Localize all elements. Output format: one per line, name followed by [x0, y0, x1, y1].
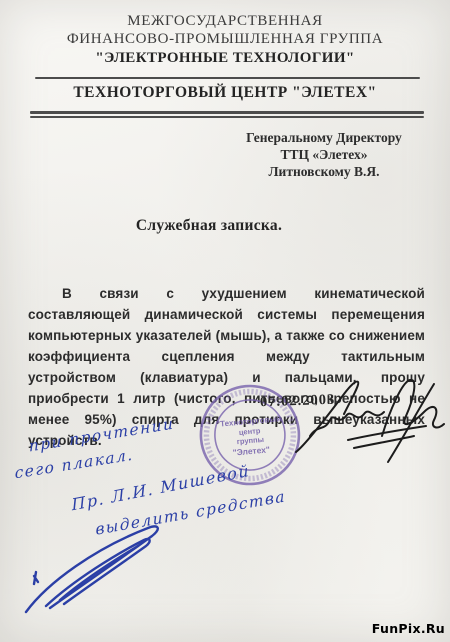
center-name: ТЕХНОТОРГОВЫЙ ЦЕНТР "ЭЛЕТЕХ"	[0, 84, 450, 102]
director-signature-ink	[292, 374, 448, 466]
org-name-line1: МЕЖГОСУДАРСТВЕННАЯ	[0, 12, 450, 30]
watermark-label: FunPix.Ru	[372, 621, 445, 636]
letterhead-double-rule-top	[30, 111, 424, 114]
addressee-line1: Генеральному Директору	[224, 129, 424, 146]
addressee-line3: Литновскому В.Я.	[224, 163, 424, 180]
addressee-block: Генеральному Директору ТТЦ «Элетех» Литн…	[224, 129, 424, 180]
letterhead-divider	[35, 77, 420, 79]
letterhead: МЕЖГОСУДАРСТВЕННАЯ ФИНАНСОВО-ПРОМЫШЛЕННА…	[0, 12, 450, 68]
letterhead-double-rule-bottom	[30, 116, 424, 118]
org-name-line3: "ЭЛЕКТРОННЫЕ ТЕХНОЛОГИИ"	[0, 48, 450, 68]
memo-title: Служебная записка.	[0, 217, 434, 235]
org-name-line2: ФИНАНСОВО-ПРОМЫШЛЕННАЯ ГРУППА	[0, 30, 450, 48]
stamp-line4: "Элетех"	[232, 444, 270, 457]
date-stamp: 07.02.2003	[260, 392, 336, 412]
addressee-line2: ТТЦ «Элетех»	[224, 146, 424, 163]
scanned-memo-page: МЕЖГОСУДАРСТВЕННАЯ ФИНАНСОВО-ПРОМЫШЛЕННА…	[0, 0, 450, 642]
